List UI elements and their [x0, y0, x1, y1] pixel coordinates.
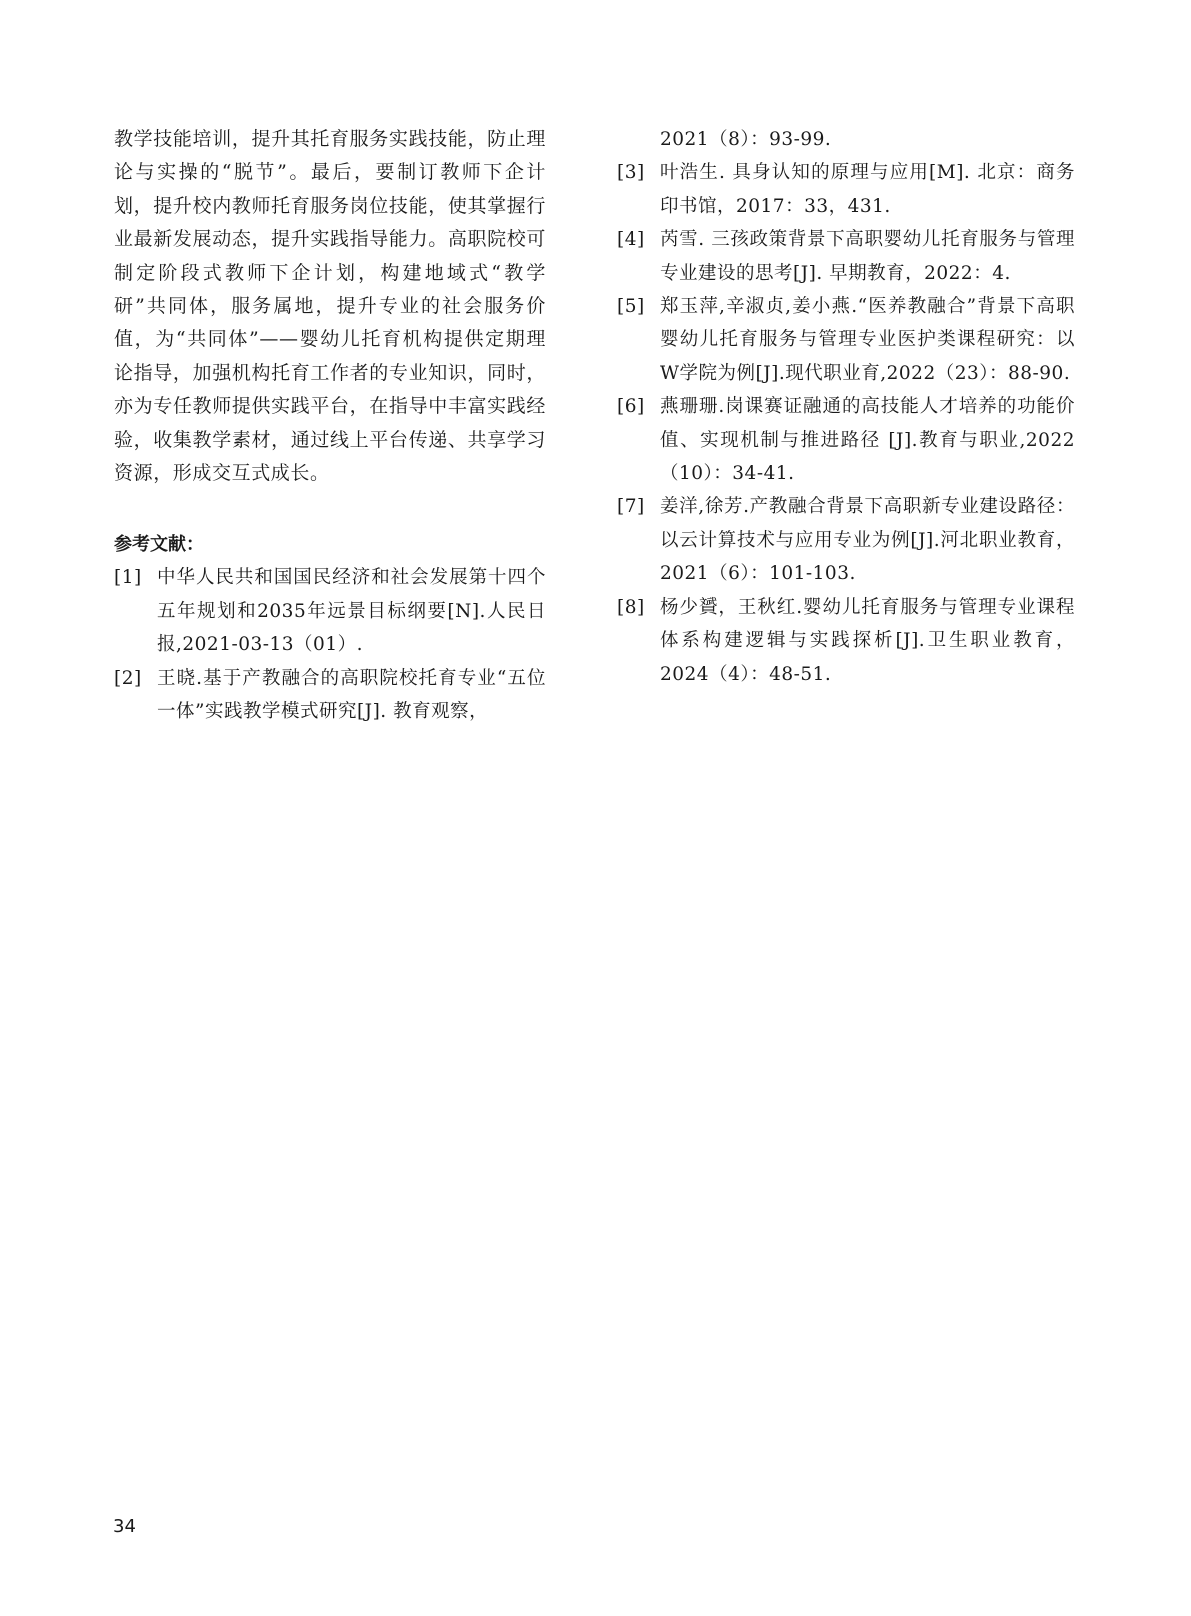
reference-item: [3] 叶浩生. 具身认知的原理与应用[M]. 北京：商务印书馆，2017：33… — [617, 156, 1075, 223]
reference-item: [8] 杨少贇，王秋红.婴幼儿托育服务与管理专业课程体系构建逻辑与实践探析[J]… — [617, 591, 1075, 691]
reference-number: [3] — [617, 156, 645, 189]
reference-item: [2] 王晓.基于产教融合的高职院校托育专业“五位一体”实践教学模式研究[J].… — [114, 662, 546, 729]
reference-item: [1] 中华人民共和国国民经济和社会发展第十四个五年规划和2035年远景目标纲要… — [114, 561, 546, 661]
reference-text: 姜洋,徐芳.产教融合背景下高职新专业建设路径：以云计算技术与应用专业为例[J].… — [660, 496, 1075, 584]
reference-text: 中华人民共和国国民经济和社会发展第十四个五年规划和2035年远景目标纲要[N].… — [157, 567, 546, 655]
reference-text: 燕珊珊.岗课赛证融通的高技能人才培养的功能价值、实现机制与推进路径 [J].教育… — [660, 396, 1075, 484]
reference-item: [5] 郑玉萍,辛淑贞,姜小燕.“医养教融合”背景下高职婴幼儿托育服务与管理专业… — [617, 290, 1075, 390]
reference-continuation: 2021（8）：93-99. — [617, 123, 1075, 156]
reference-text: 2021（8）：93-99. — [660, 129, 831, 150]
reference-text: 叶浩生. 具身认知的原理与应用[M]. 北京：商务印书馆，2017：33，431… — [660, 162, 1075, 216]
reference-number: [2] — [114, 662, 142, 695]
body-paragraph: 教学技能培训，提升其托育服务实践技能，防止理论与实操的“脱节”。最后，要制订教师… — [114, 123, 546, 490]
page-number: 34 — [113, 1516, 136, 1537]
reference-item: [6] 燕珊珊.岗课赛证融通的高技能人才培养的功能价值、实现机制与推进路径 [J… — [617, 390, 1075, 490]
reference-item: [4] 芮雪. 三孩政策背景下高职婴幼儿托育服务与管理专业建设的思考[J]. 早… — [617, 223, 1075, 290]
reference-text: 芮雪. 三孩政策背景下高职婴幼儿托育服务与管理专业建设的思考[J]. 早期教育，… — [660, 229, 1075, 283]
references-heading: 参考文献： — [114, 528, 546, 561]
left-column: 教学技能培训，提升其托育服务实践技能，防止理论与实操的“脱节”。最后，要制订教师… — [114, 123, 546, 729]
reference-number: [1] — [114, 561, 142, 594]
reference-text: 王晓.基于产教融合的高职院校托育专业“五位一体”实践教学模式研究[J]. 教育观… — [157, 668, 546, 722]
right-column: 2021（8）：93-99. [3] 叶浩生. 具身认知的原理与应用[M]. 北… — [617, 123, 1075, 691]
reference-number: [7] — [617, 490, 645, 523]
reference-item: [7] 姜洋,徐芳.产教融合背景下高职新专业建设路径：以云计算技术与应用专业为例… — [617, 490, 1075, 590]
reference-number: [4] — [617, 223, 645, 256]
reference-number: [8] — [617, 591, 645, 624]
reference-number: [5] — [617, 290, 645, 323]
reference-text: 杨少贇，王秋红.婴幼儿托育服务与管理专业课程体系构建逻辑与实践探析[J].卫生职… — [660, 597, 1075, 685]
reference-number: [6] — [617, 390, 645, 423]
reference-text: 郑玉萍,辛淑贞,姜小燕.“医养教融合”背景下高职婴幼儿托育服务与管理专业医护类课… — [660, 296, 1075, 384]
